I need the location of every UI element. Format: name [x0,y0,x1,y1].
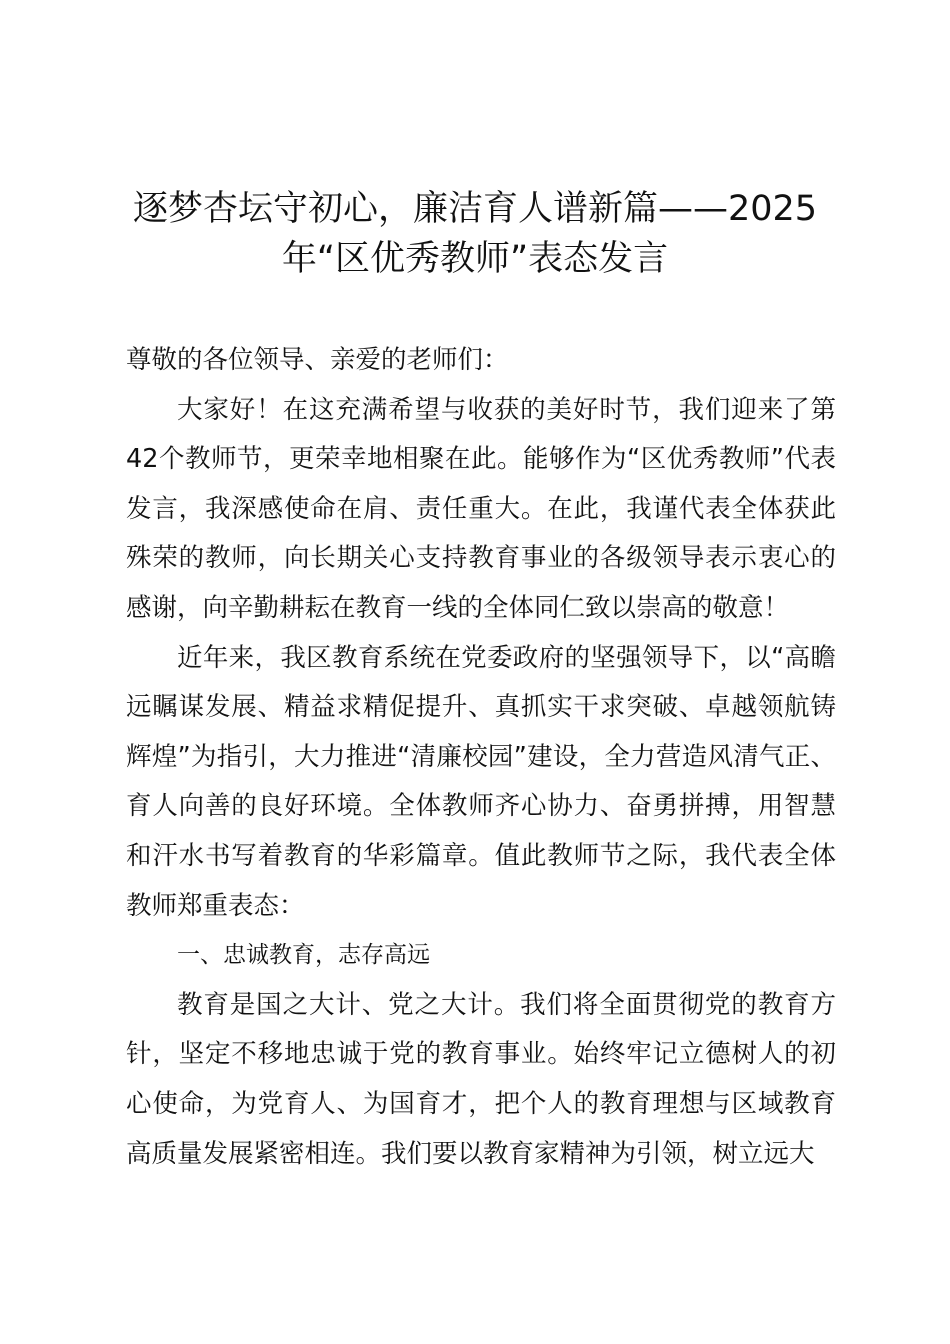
document-title: 逐梦杏坛守初心，廉洁育人谱新篇——2025 年“区优秀教师”表态发言 [100,184,850,284]
section-heading: 一、忠诚教育，志存高远 [126,931,836,981]
document-page: 逐梦杏坛守初心，廉洁育人谱新篇——2025 年“区优秀教师”表态发言 尊敬的各位… [0,0,950,1344]
title-line-1: 逐梦杏坛守初心，廉洁育人谱新篇——2025 [100,184,850,234]
document-body: 尊敬的各位领导、亲爱的老师们： 大家好！在这充满希望与收获的美好时节，我们迎来了… [126,336,836,1179]
section-paragraph: 教育是国之大计、党之大计。我们将全面贯彻党的教育方针，坚定不移地忠诚于党的教育事… [126,981,836,1179]
salutation: 尊敬的各位领导、亲爱的老师们： [126,336,836,386]
title-line-2: 年“区优秀教师”表态发言 [100,234,850,284]
paragraph-background: 近年来，我区教育系统在党委政府的坚强领导下，以“高瞻远瞩谋发展、精益求精促提升、… [126,634,836,932]
paragraph-greeting: 大家好！在这充满希望与收获的美好时节，我们迎来了第42个教师节，更荣幸地相聚在此… [126,386,836,634]
